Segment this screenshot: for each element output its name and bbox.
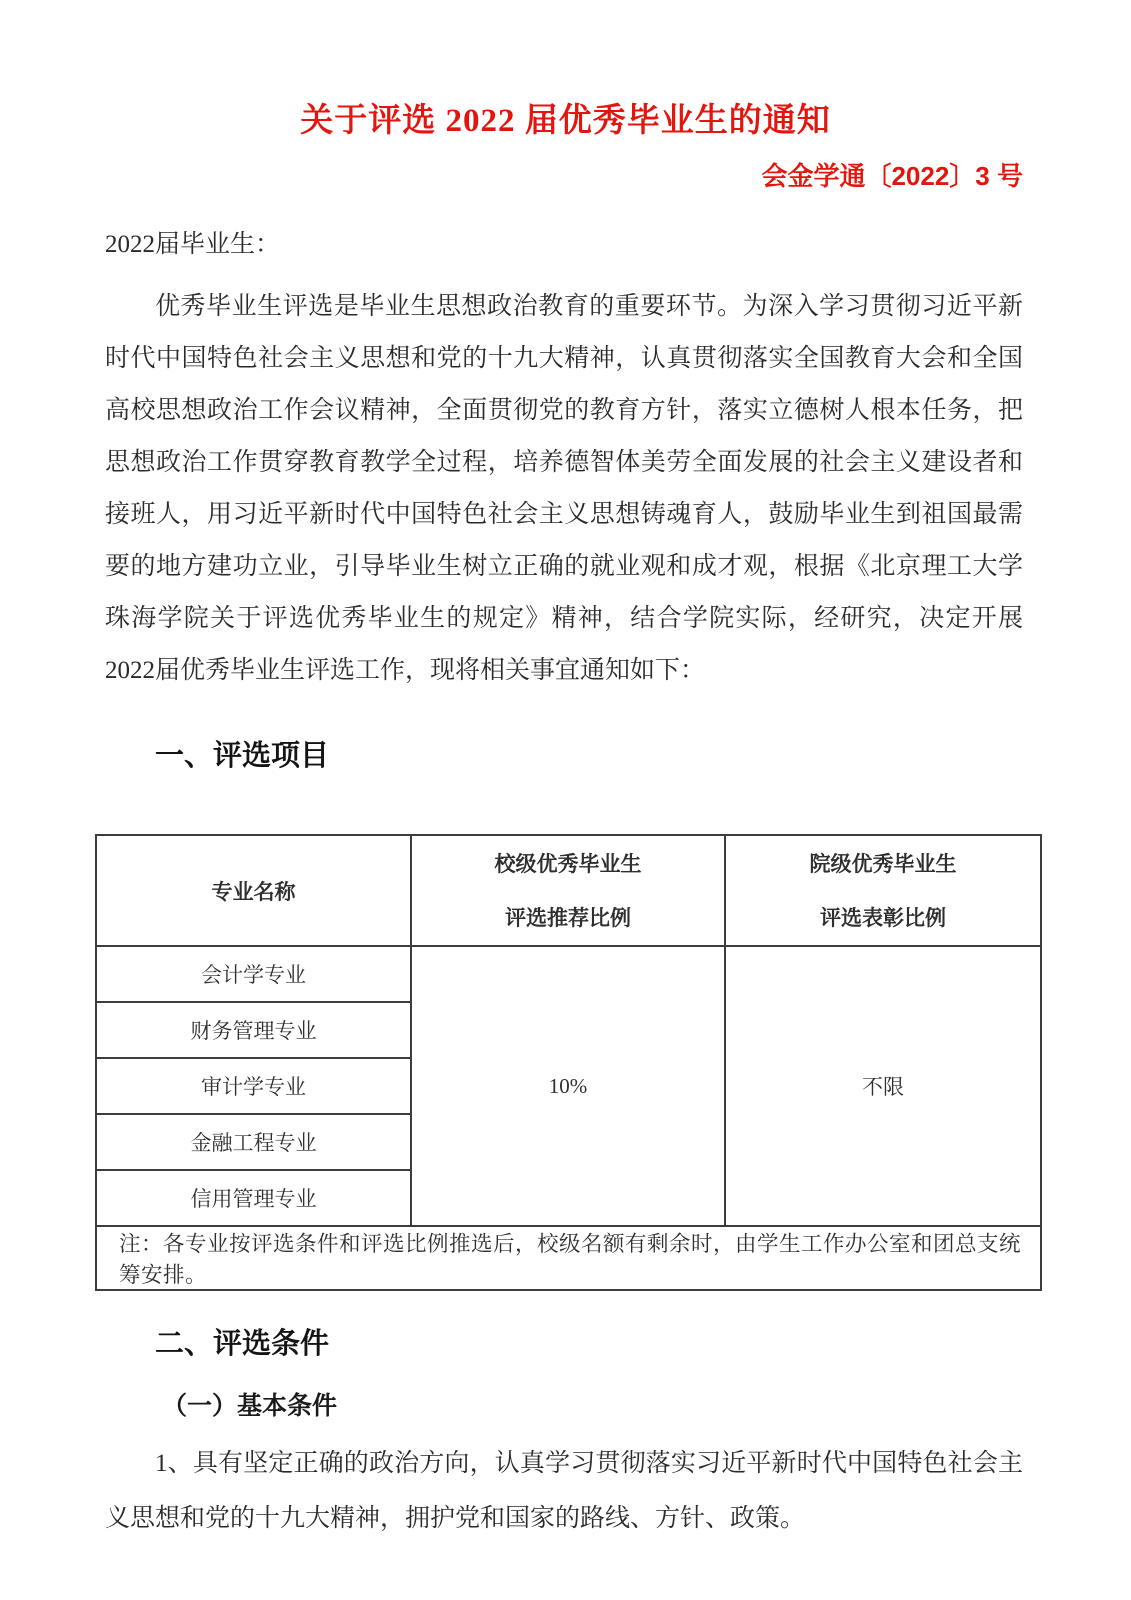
table-note-row: 注：各专业按评选条件和评选比例推选后，校级名额有剩余时，由学生工作办公室和团总支… bbox=[96, 1226, 1041, 1290]
col-header-school-ratio-text: 校级优秀毕业生 评选推荐比例 bbox=[412, 849, 724, 933]
col-header-school-ratio: 校级优秀毕业生 评选推荐比例 bbox=[411, 835, 725, 946]
document-page: 关于评选 2022 届优秀毕业生的通知 会金学通〔2022〕3 号 2022届毕… bbox=[0, 0, 1131, 1600]
salutation: 2022届毕业生： bbox=[105, 225, 1023, 265]
section2-heading: 二、评选条件 bbox=[155, 1321, 1023, 1362]
selection-ratio-table: 专业名称 校级优秀毕业生 评选推荐比例 院级优秀毕业生 评选表彰比例 会计学专业… bbox=[95, 834, 1042, 1291]
criteria-item-1: 1、具有坚定正确的政治方向，认真学习贯彻落实习近平新时代中国特色社会主义思想和党… bbox=[105, 1436, 1023, 1546]
major-cell: 信用管理专业 bbox=[96, 1170, 411, 1226]
major-cell: 财务管理专业 bbox=[96, 1002, 411, 1058]
college-ratio-cell: 不限 bbox=[725, 946, 1041, 1226]
col-header-college-ratio-text: 院级优秀毕业生 评选表彰比例 bbox=[726, 849, 1040, 933]
school-ratio-cell: 10% bbox=[411, 946, 725, 1226]
document-number: 会金学通〔2022〕3 号 bbox=[0, 156, 1131, 193]
col-header-major: 专业名称 bbox=[96, 835, 411, 946]
table-note: 注：各专业按评选条件和评选比例推选后，校级名额有剩余时，由学生工作办公室和团总支… bbox=[96, 1226, 1041, 1290]
section1-heading: 一、评选项目 bbox=[155, 733, 1023, 774]
table-header-row: 专业名称 校级优秀毕业生 评选推荐比例 院级优秀毕业生 评选表彰比例 bbox=[96, 835, 1041, 946]
table-row-accounting: 会计学专业 10% 不限 bbox=[96, 946, 1041, 1002]
col-header-college-ratio: 院级优秀毕业生 评选表彰比例 bbox=[725, 835, 1041, 946]
document-title: 关于评选 2022 届优秀毕业生的通知 bbox=[0, 100, 1131, 142]
intro-paragraph: 优秀毕业生评选是毕业生思想政治教育的重要环节。为深入学习贯彻习近平新时代中国特色… bbox=[105, 281, 1023, 697]
major-cell: 审计学专业 bbox=[96, 1058, 411, 1114]
section2-subheading: （一）基本条件 bbox=[162, 1386, 1131, 1422]
major-cell: 金融工程专业 bbox=[96, 1114, 411, 1170]
major-cell: 会计学专业 bbox=[96, 946, 411, 1002]
